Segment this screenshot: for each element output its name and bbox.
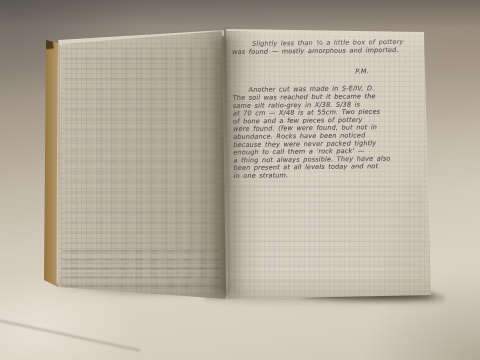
- table-edge-line: [0, 318, 141, 351]
- spine-gutter-shadow: [206, 26, 244, 300]
- page-shading: [56, 28, 228, 302]
- notebook-photo: 23 Slightly less than ¼ a little box of …: [0, 0, 480, 360]
- left-page: [56, 28, 228, 302]
- page-shading: [224, 26, 434, 302]
- cover-corner-wear: [44, 37, 53, 49]
- right-page: 23 Slightly less than ¼ a little box of …: [224, 26, 434, 302]
